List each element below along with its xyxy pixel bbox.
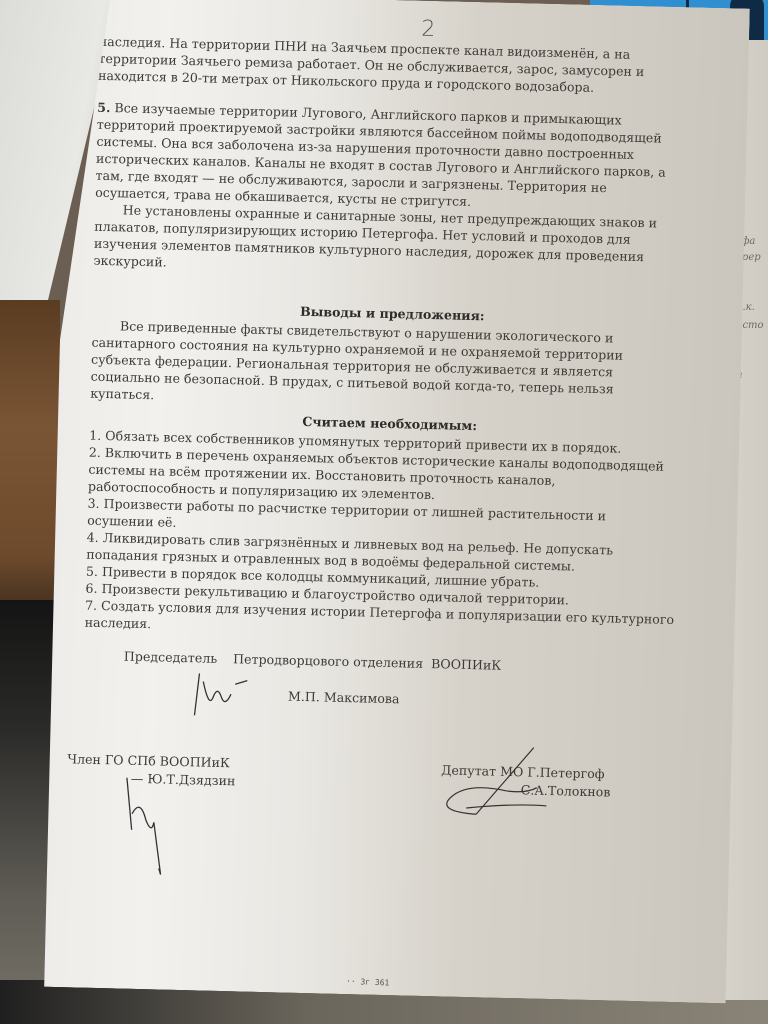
chair-signature bbox=[190, 667, 251, 728]
page-number: 2 bbox=[421, 21, 435, 38]
member-signature bbox=[118, 774, 201, 886]
member-title: Член ГО СПб ВООПИиК bbox=[67, 750, 230, 771]
bottom-stamp: ·· 3г 361 bbox=[346, 977, 390, 988]
document-page: 2 наследия. На территории ПНИ на Заячьем… bbox=[16, 0, 750, 1003]
document-content: 2 наследия. На территории ПНИ на Заячьем… bbox=[77, 15, 700, 961]
chair-name: М.П. Максимова bbox=[288, 688, 400, 708]
point-5-paragraph: 5. Все изучаемые территории Лугового, Ан… bbox=[95, 99, 697, 216]
point-number: 5. bbox=[97, 100, 111, 115]
chair-title: Председатель Петродворцового отделения В… bbox=[124, 648, 502, 674]
conclusions-paragraph: Все приведенные факты свидетельствуют о … bbox=[90, 317, 692, 417]
deputy-signature bbox=[436, 741, 568, 824]
signature-block: Председатель Петродворцового отделения В… bbox=[77, 647, 684, 962]
required-list: 1. Обязать всех собственников упомянутых… bbox=[85, 427, 690, 646]
wooden-surface bbox=[0, 300, 60, 620]
